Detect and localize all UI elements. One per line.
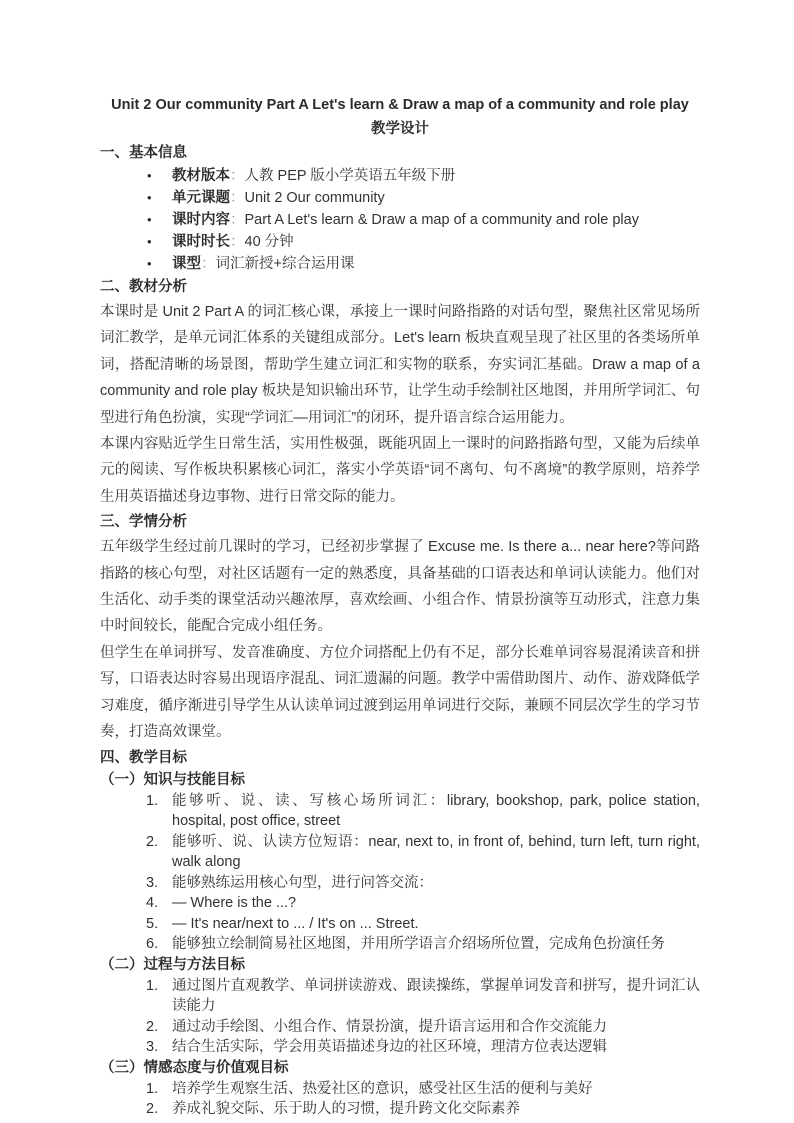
info-value: Unit 2 Our community bbox=[245, 190, 385, 206]
section-heading-objectives: 四、教学目标 bbox=[100, 747, 700, 770]
basic-info-list: • 教材版本：人教 PEP 版小学英语五年级下册 • 单元课题：Unit 2 O… bbox=[100, 165, 700, 275]
info-colon: ： bbox=[230, 168, 245, 184]
info-label: 课时时长 bbox=[172, 234, 230, 250]
material-analysis-paragraph: 本课内容贴近学生日常生活，实用性极强，既能巩固上一课时的问路指路句型，又能为后续… bbox=[100, 431, 700, 510]
learner-analysis-paragraph: 但学生在单词拼写、发音准确度、方位介词搭配上仍有不足，部分长难单词容易混淆读音和… bbox=[100, 640, 700, 746]
list-item: • 教材版本：人教 PEP 版小学英语五年级下册 bbox=[100, 165, 700, 187]
item-text: 能够独立绘制简易社区地图，并用所学语言介绍场所位置，完成角色扮演任务 bbox=[172, 934, 700, 955]
item-number: 1. bbox=[146, 976, 172, 1017]
info-pair: 单元课题：Unit 2 Our community bbox=[172, 187, 385, 209]
bullet-icon: • bbox=[147, 209, 172, 231]
learner-analysis-paragraph: 五年级学生经过前几课时的学习，已经初步掌握了 Excuse me. Is the… bbox=[100, 534, 700, 640]
info-value: Part A Let's learn & Draw a map of a com… bbox=[245, 212, 639, 228]
list-item: 3. 能够熟练运用核心句型，进行问答交流： bbox=[100, 873, 700, 894]
info-colon: ： bbox=[230, 212, 245, 228]
info-pair: 教材版本：人教 PEP 版小学英语五年级下册 bbox=[172, 165, 455, 187]
item-text: 能够听、说、读、写核心场所词汇：library, bookshop, park,… bbox=[172, 791, 700, 832]
item-text: 通过动手绘图、小组合作、情景扮演，提升语言运用和合作交流能力 bbox=[172, 1017, 700, 1038]
bullet-icon: • bbox=[147, 253, 172, 275]
info-label: 课型 bbox=[172, 256, 201, 272]
info-colon: ： bbox=[230, 190, 245, 206]
item-text: — It's near/next to ... / It's on ... St… bbox=[172, 914, 700, 935]
info-label: 单元课题 bbox=[172, 190, 230, 206]
info-value: 词汇新授+综合运用课 bbox=[216, 256, 355, 272]
item-text: 能够听、说、认读方位短语：near, next to, in front of,… bbox=[172, 832, 700, 873]
item-number: 2. bbox=[146, 1017, 172, 1038]
list-item: • 单元课题：Unit 2 Our community bbox=[100, 187, 700, 209]
item-text: — Where is the ...? bbox=[172, 893, 700, 914]
info-pair: 课时内容：Part A Let's learn & Draw a map of … bbox=[172, 209, 639, 231]
doc-title: Unit 2 Our community Part A Let's learn … bbox=[100, 93, 700, 117]
info-value: 40 分钟 bbox=[245, 234, 294, 250]
list-item: 5. — It's near/next to ... / It's on ...… bbox=[100, 914, 700, 935]
subsection-heading-process-methods: （二）过程与方法目标 bbox=[100, 955, 700, 976]
info-label: 课时内容 bbox=[172, 212, 230, 228]
list-item: • 课时时长：40 分钟 bbox=[100, 231, 700, 253]
material-analysis-paragraph: 本课时是 Unit 2 Part A 的词汇核心课，承接上一课时问路指路的对话句… bbox=[100, 299, 700, 431]
subsection-heading-affect-values: （三）情感态度与价值观目标 bbox=[100, 1058, 700, 1079]
document-page: Unit 2 Our community Part A Let's learn … bbox=[0, 0, 794, 1123]
item-text: 能够熟练运用核心句型，进行问答交流： bbox=[172, 873, 700, 894]
process-methods-list: 1. 通过图片直观教学、单词拼读游戏、跟读操练，掌握单词发音和拼写，提升词汇认读… bbox=[100, 976, 700, 1058]
bullet-icon: • bbox=[147, 165, 172, 187]
section-heading-learner-analysis: 三、学情分析 bbox=[100, 511, 700, 534]
info-pair: 课时时长：40 分钟 bbox=[172, 231, 294, 253]
info-pair: 课型：词汇新授+综合运用课 bbox=[172, 253, 354, 275]
info-label: 教材版本 bbox=[172, 168, 230, 184]
item-number: 1. bbox=[146, 791, 172, 832]
item-number: 4. bbox=[146, 893, 172, 914]
list-item: 1. 通过图片直观教学、单词拼读游戏、跟读操练，掌握单词发音和拼写，提升词汇认读… bbox=[100, 976, 700, 1017]
item-number: 3. bbox=[146, 1037, 172, 1058]
item-number: 1. bbox=[146, 1079, 172, 1100]
section-heading-material-analysis: 二、教材分析 bbox=[100, 276, 700, 299]
item-number: 3. bbox=[146, 873, 172, 894]
list-item: 1. 能够听、说、读、写核心场所词汇：library, bookshop, pa… bbox=[100, 791, 700, 832]
subsection-heading-knowledge-skills: （一）知识与技能目标 bbox=[100, 770, 700, 791]
knowledge-skills-list: 1. 能够听、说、读、写核心场所词汇：library, bookshop, pa… bbox=[100, 791, 700, 955]
bullet-icon: • bbox=[147, 231, 172, 253]
list-item: • 课时内容：Part A Let's learn & Draw a map o… bbox=[100, 209, 700, 231]
item-number: 5. bbox=[146, 914, 172, 935]
doc-subtitle: 教学设计 bbox=[100, 117, 700, 141]
list-item: 2. 养成礼貌交际、乐于助人的习惯，提升跨文化交际素养 bbox=[100, 1099, 700, 1120]
list-item: 2. 通过动手绘图、小组合作、情景扮演，提升语言运用和合作交流能力 bbox=[100, 1017, 700, 1038]
list-item: 4. — Where is the ...? bbox=[100, 893, 700, 914]
list-item: 2. 能够听、说、认读方位短语：near, next to, in front … bbox=[100, 832, 700, 873]
item-text: 培养学生观察生活、热爱社区的意识，感受社区生活的便利与美好 bbox=[172, 1079, 700, 1100]
info-value: 人教 PEP 版小学英语五年级下册 bbox=[245, 168, 456, 184]
list-item: 6. 能够独立绘制简易社区地图，并用所学语言介绍场所位置，完成角色扮演任务 bbox=[100, 934, 700, 955]
item-number: 6. bbox=[146, 934, 172, 955]
item-number: 2. bbox=[146, 832, 172, 873]
info-colon: ： bbox=[201, 256, 216, 272]
list-item: 3. 结合生活实际，学会用英语描述身边的社区环境，理清方位表达逻辑 bbox=[100, 1037, 700, 1058]
item-text: 养成礼貌交际、乐于助人的习惯，提升跨文化交际素养 bbox=[172, 1099, 700, 1120]
info-colon: ： bbox=[230, 234, 245, 250]
affect-values-list: 1. 培养学生观察生活、热爱社区的意识，感受社区生活的便利与美好 2. 养成礼貌… bbox=[100, 1079, 700, 1120]
bullet-icon: • bbox=[147, 187, 172, 209]
section-heading-basic-info: 一、基本信息 bbox=[100, 142, 700, 165]
list-item: • 课型：词汇新授+综合运用课 bbox=[100, 253, 700, 275]
item-text: 通过图片直观教学、单词拼读游戏、跟读操练，掌握单词发音和拼写，提升词汇认读能力 bbox=[172, 976, 700, 1017]
list-item: 1. 培养学生观察生活、热爱社区的意识，感受社区生活的便利与美好 bbox=[100, 1079, 700, 1100]
item-text: 结合生活实际，学会用英语描述身边的社区环境，理清方位表达逻辑 bbox=[172, 1037, 700, 1058]
item-number: 2. bbox=[146, 1099, 172, 1120]
